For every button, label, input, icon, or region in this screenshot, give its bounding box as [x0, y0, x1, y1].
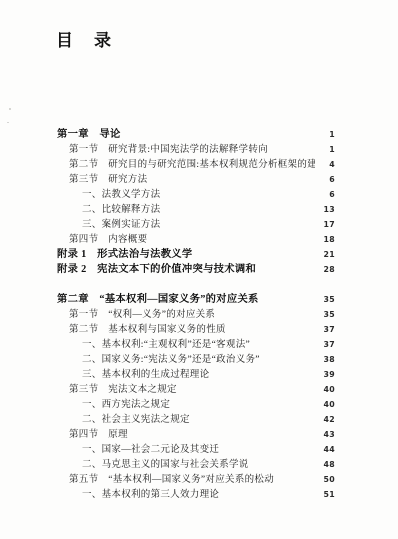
toc-entry-page: 35: [315, 292, 335, 307]
toc-entry: 第三节 宪法文本之规定 40: [57, 382, 335, 397]
toc-entry: 第三节 研究方法 6: [57, 172, 335, 187]
toc-entry: 二、社会主义宪法之规定 42: [57, 412, 335, 427]
toc-entry-text: 第一节 研究背景:中国宪法学的法解释学转向: [57, 143, 315, 158]
toc-entry-page: 1: [315, 142, 335, 157]
toc-entry: 一、国家—社会二元论及其变迁 44: [57, 442, 335, 457]
toc-entry-page: 37: [315, 322, 335, 337]
toc-entry-text: 第二节 基本权利与国家义务的性质: [57, 323, 315, 338]
toc-entry-text: 二、比较解释方法: [57, 203, 315, 218]
toc-entry-page: 6: [315, 172, 335, 187]
toc-entry: 第一章 导论 1: [57, 127, 335, 142]
toc-entry-page: 17: [315, 217, 335, 232]
toc-entry-page: 51: [315, 487, 335, 502]
toc-entry: 第二章 “基本权利—国家义务”的对应关系 35: [57, 292, 335, 307]
toc-entry: 第四节 原理 43: [57, 427, 335, 442]
toc-entry: 附录 1 形式法治与法教义学 21: [57, 247, 335, 262]
toc-entry: 一、西方宪法之规定 40: [57, 397, 335, 412]
toc-entry: 三、基本权利的生成过程理论 39: [57, 367, 335, 382]
toc-entry-page: 44: [315, 442, 335, 457]
toc-entry-page: 6: [315, 187, 335, 202]
toc-entry: 第五节 “基本权利—国家义务”对应关系的松动 50: [57, 472, 335, 487]
toc-list: 第一章 导论 1 第一节 研究背景:中国宪法学的法解释学转向 1 第二节 研究目…: [57, 127, 335, 502]
toc-entry-text: 一、国家—社会二元论及其变迁: [57, 443, 315, 458]
toc-entry-text: 第五节 “基本权利—国家义务”对应关系的松动: [57, 473, 315, 488]
toc-entry-page: 40: [315, 382, 335, 397]
toc-entry-text: 一、法教义学方法: [57, 188, 315, 203]
toc-entry: 第一节 研究背景:中国宪法学的法解释学转向 1: [57, 142, 335, 157]
toc-entry-text: 一、基本权利:“主观权利”还是“客观法”: [57, 338, 315, 353]
toc-entry: 一、法教义学方法 6: [57, 187, 335, 202]
toc-entry-text: 第三节 宪法文本之规定: [57, 383, 315, 398]
toc-entry-text: 第四节 内容概要: [57, 233, 315, 248]
scan-speck: [9, 108, 11, 110]
toc-entry-text: 第一节 “权利—义务”的对应关系: [57, 308, 315, 323]
toc-entry-page: 21: [315, 247, 335, 262]
scan-speck: [7, 122, 9, 123]
toc-entry-page: 50: [315, 472, 335, 487]
toc-entry-page: 4: [315, 157, 335, 172]
toc-entry-text: 二、国家义务:“宪法义务”还是“政治义务”: [57, 353, 315, 368]
toc-entry-page: 35: [315, 307, 335, 322]
toc-entry: 一、基本权利的第三人效力理论 51: [57, 487, 335, 502]
toc-entry-text: 附录 1 形式法治与法教义学: [57, 247, 315, 262]
toc-entry-text: 三、基本权利的生成过程理论: [57, 368, 315, 383]
toc-entry-page: 1: [315, 127, 335, 142]
toc-entry-page: 28: [315, 262, 335, 277]
toc-entry: 附录 2 宪法文本下的价值冲突与技术调和 28: [57, 262, 335, 277]
toc-entry-text: 二、马克思主义的国家与社会关系学说: [57, 458, 315, 473]
toc-entry-page: 48: [315, 457, 335, 472]
toc-entry-text: 一、基本权利的第三人效力理论: [57, 488, 315, 503]
toc-entry-page: 42: [315, 412, 335, 427]
toc-entry: 三、案例实证方法 17: [57, 217, 335, 232]
toc-entry-page: 37: [315, 337, 335, 352]
toc-entry-page: 40: [315, 397, 335, 412]
toc-entry-text: 附录 2 宪法文本下的价值冲突与技术调和: [57, 262, 315, 277]
toc-entry-text: 三、案例实证方法: [57, 218, 315, 233]
toc-entry-text: 第三节 研究方法: [57, 173, 315, 188]
toc-entry-page: 13: [315, 202, 335, 217]
toc-entry: 第二节 研究目的与研究范围:基本权利规范分析框架的建立 4: [57, 157, 335, 172]
toc-entry-page: 18: [315, 232, 335, 247]
toc-entry: 第二节 基本权利与国家义务的性质 37: [57, 322, 335, 337]
toc-page: 目 录 第一章 导论 1 第一节 研究背景:中国宪法学的法解释学转向 1 第二节…: [0, 0, 398, 539]
toc-entry: 第四节 内容概要 18: [57, 232, 335, 247]
toc-entry: 第一节 “权利—义务”的对应关系 35: [57, 307, 335, 322]
toc-entry-page: 39: [315, 367, 335, 382]
toc-entry: 二、国家义务:“宪法义务”还是“政治义务” 38: [57, 352, 335, 367]
toc-entry-text: 第一章 导论: [57, 127, 315, 142]
toc-entry-text: 第二章 “基本权利—国家义务”的对应关系: [57, 292, 315, 307]
toc-entry-text: 二、社会主义宪法之规定: [57, 413, 315, 428]
toc-entry-text: 第四节 原理: [57, 428, 315, 443]
toc-entry: 二、马克思主义的国家与社会关系学说 48: [57, 457, 335, 472]
toc-entry: 二、比较解释方法 13: [57, 202, 335, 217]
page-title: 目 录: [56, 26, 113, 51]
toc-entry-page: 38: [315, 352, 335, 367]
toc-entry: 一、基本权利:“主观权利”还是“客观法” 37: [57, 337, 335, 352]
toc-entry-text: 一、西方宪法之规定: [57, 398, 315, 413]
toc-entry-text: 第二节 研究目的与研究范围:基本权利规范分析框架的建立: [57, 158, 315, 173]
toc-entry-page: 43: [315, 427, 335, 442]
